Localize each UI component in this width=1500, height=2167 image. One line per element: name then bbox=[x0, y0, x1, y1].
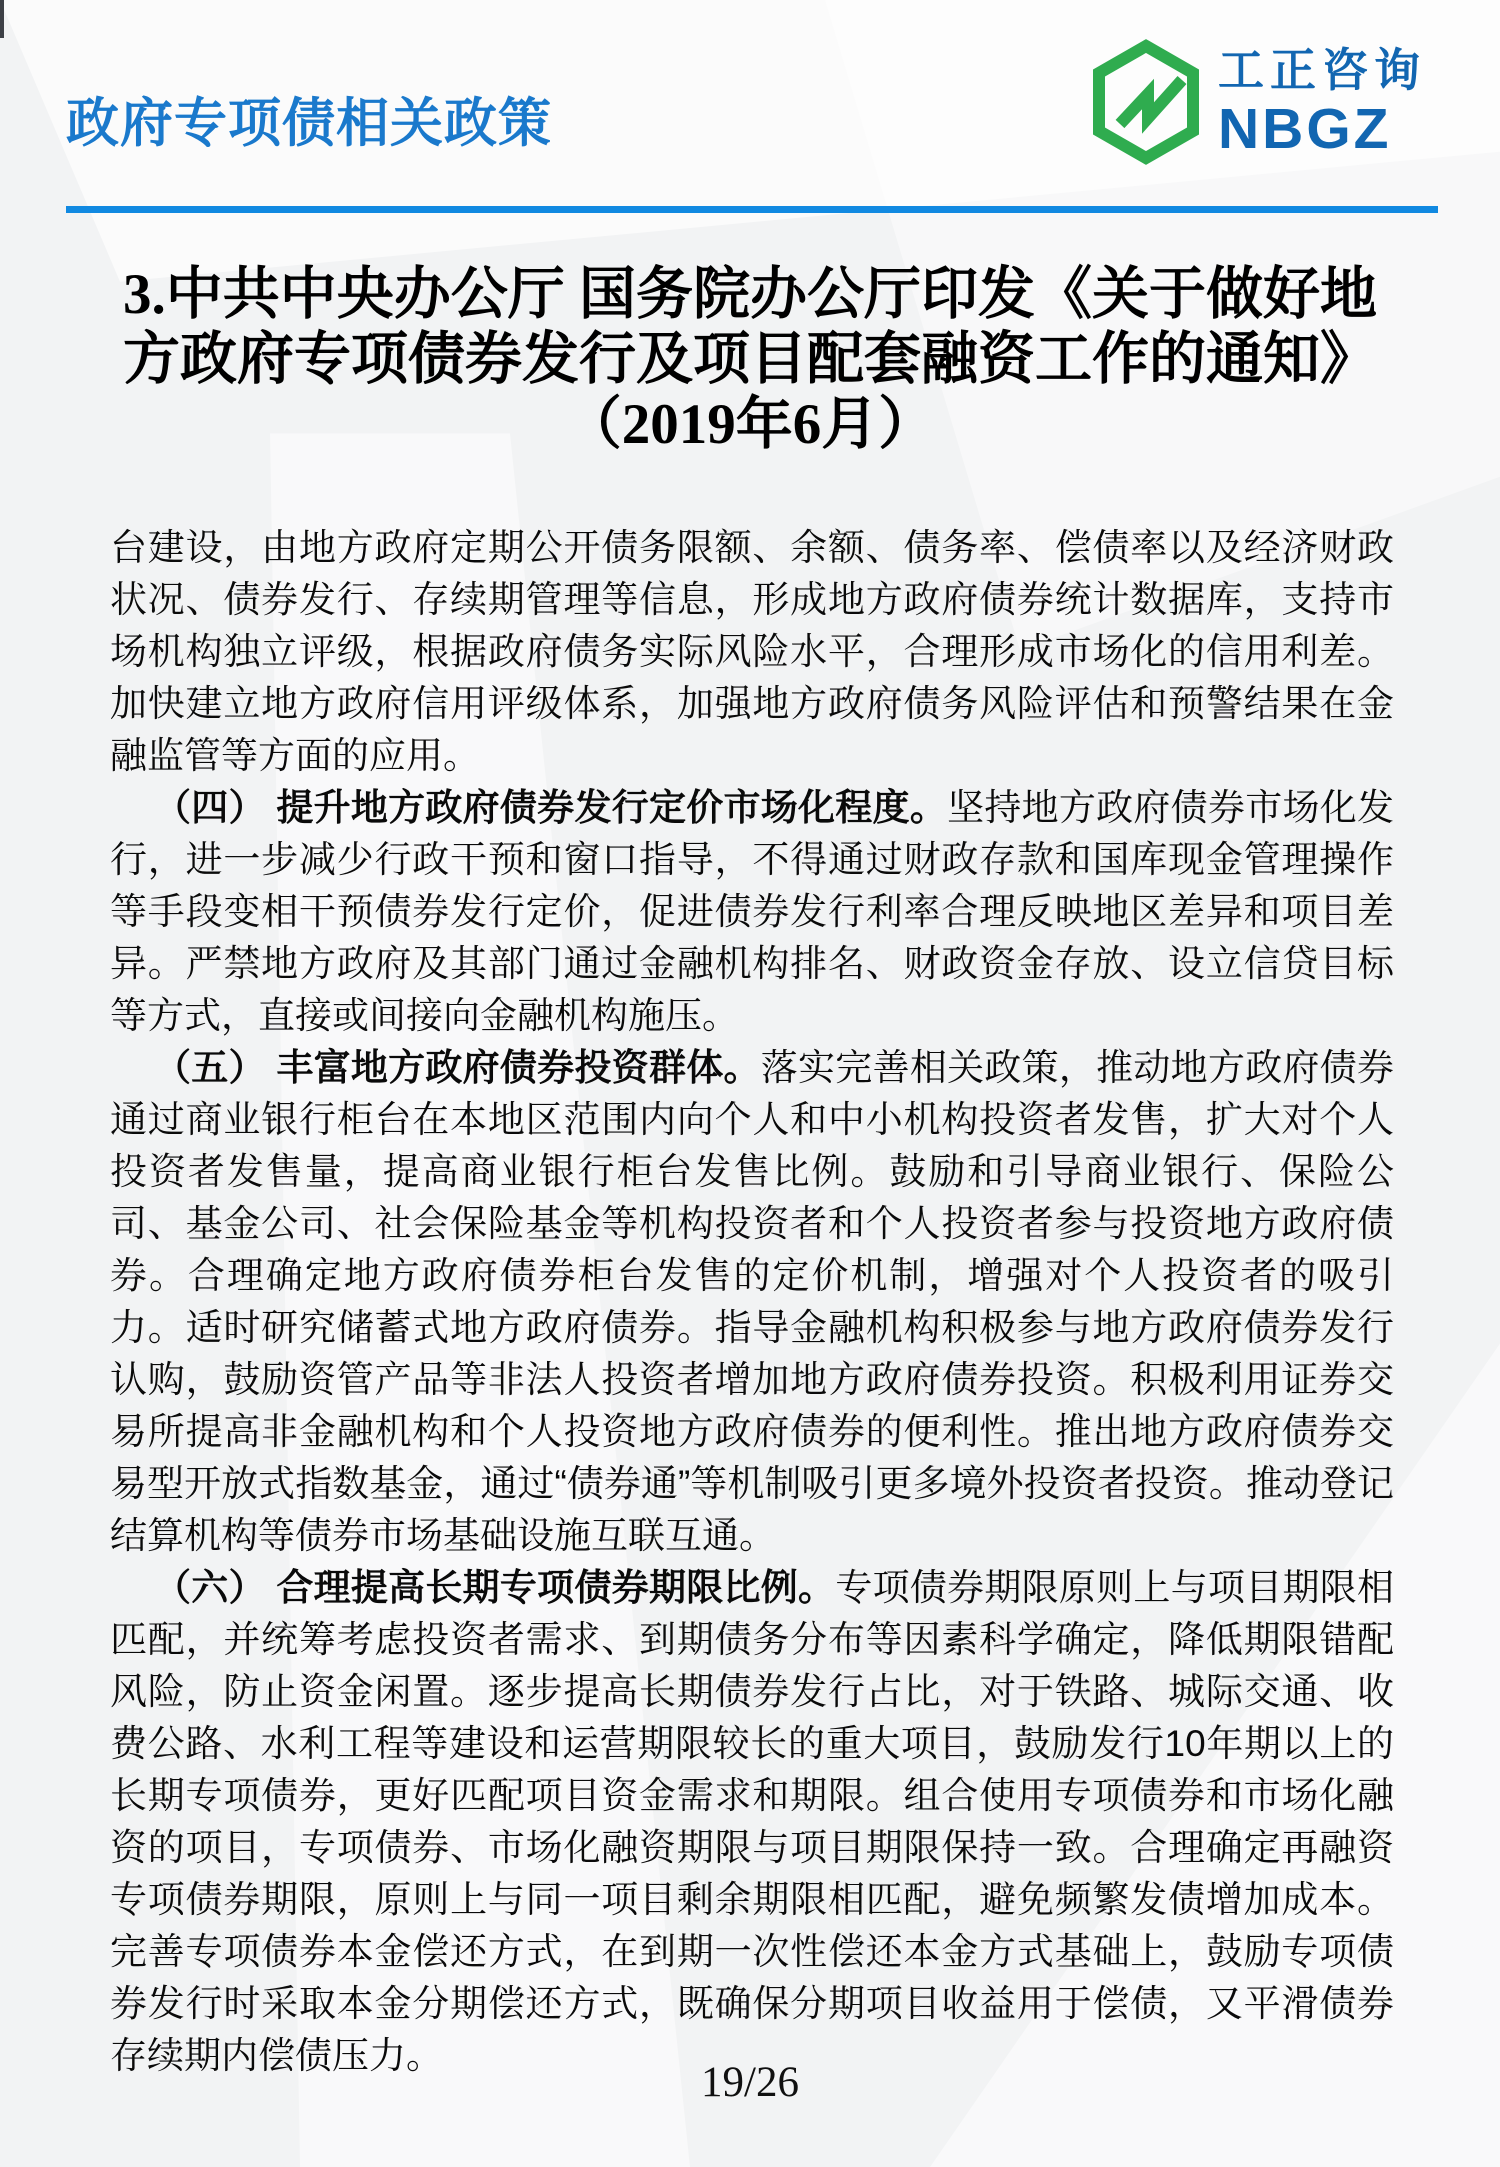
section-heading: （四） 提升地方政府债券发行定价市场化程度。 bbox=[154, 787, 947, 828]
page-footer: 19/26 bbox=[0, 2058, 1500, 2107]
document-body: 台建设，由地方政府定期公开债务限额、余额、债务率、偿债率以及经济财政状况、债券发… bbox=[110, 522, 1394, 2082]
logo-text: 工正咨询 NBGZ bbox=[1218, 42, 1426, 160]
page-number: 19/26 bbox=[701, 2059, 799, 2106]
paragraph-text: 落实完善相关政策，推动地方政府债券通过商业银行柜台在本地区范围内向个人和中小机构… bbox=[110, 1047, 1394, 1556]
section-heading: （五） 丰富地方政府债券投资群体。 bbox=[154, 1047, 761, 1088]
paragraph-text: 台建设，由地方政府定期公开债务限额、余额、债务率、偿债率以及经济财政状况、债券发… bbox=[110, 527, 1394, 776]
paragraph-continuation: 台建设，由地方政府定期公开债务限额、余额、债务率、偿债率以及经济财政状况、债券发… bbox=[110, 522, 1394, 782]
scan-artifact-mark bbox=[0, 0, 4, 38]
logo-hexagon-icon bbox=[1090, 38, 1202, 166]
header-divider-line bbox=[66, 206, 1438, 213]
paragraph-text: 专项债券期限原则上与项目期限相匹配，并统筹考虑投资者需求、到期债务分布等因素科学… bbox=[110, 1567, 1394, 2076]
company-logo: 工正咨询 NBGZ bbox=[1090, 38, 1426, 166]
document-page: 政府专项债相关政策 工正咨询 NBGZ 3.中共中央办公厅 国务院办公厅印发《关… bbox=[0, 0, 1500, 2167]
paragraph-section-6: （六） 合理提高长期专项债券期限比例。专项债券期限原则上与项目期限相匹配，并统筹… bbox=[110, 1562, 1394, 2082]
page-title: 政府专项债相关政策 bbox=[66, 74, 552, 174]
paragraph-section-4: （四） 提升地方政府债券发行定价市场化程度。坚持地方政府债券市场化发行，进一步减… bbox=[110, 782, 1394, 1042]
paragraph-section-5: （五） 丰富地方政府债券投资群体。落实完善相关政策，推动地方政府债券通过商业银行… bbox=[110, 1042, 1394, 1562]
logo-company-abbr: NBGZ bbox=[1218, 98, 1426, 160]
section-heading: （六） 合理提高长期专项债券期限比例。 bbox=[154, 1567, 835, 1608]
document-title: 3.中共中央办公厅 国务院办公厅印发《关于做好地方政府专项债券发行及项目配套融资… bbox=[100, 262, 1400, 457]
logo-company-name: 工正咨询 bbox=[1218, 42, 1426, 98]
